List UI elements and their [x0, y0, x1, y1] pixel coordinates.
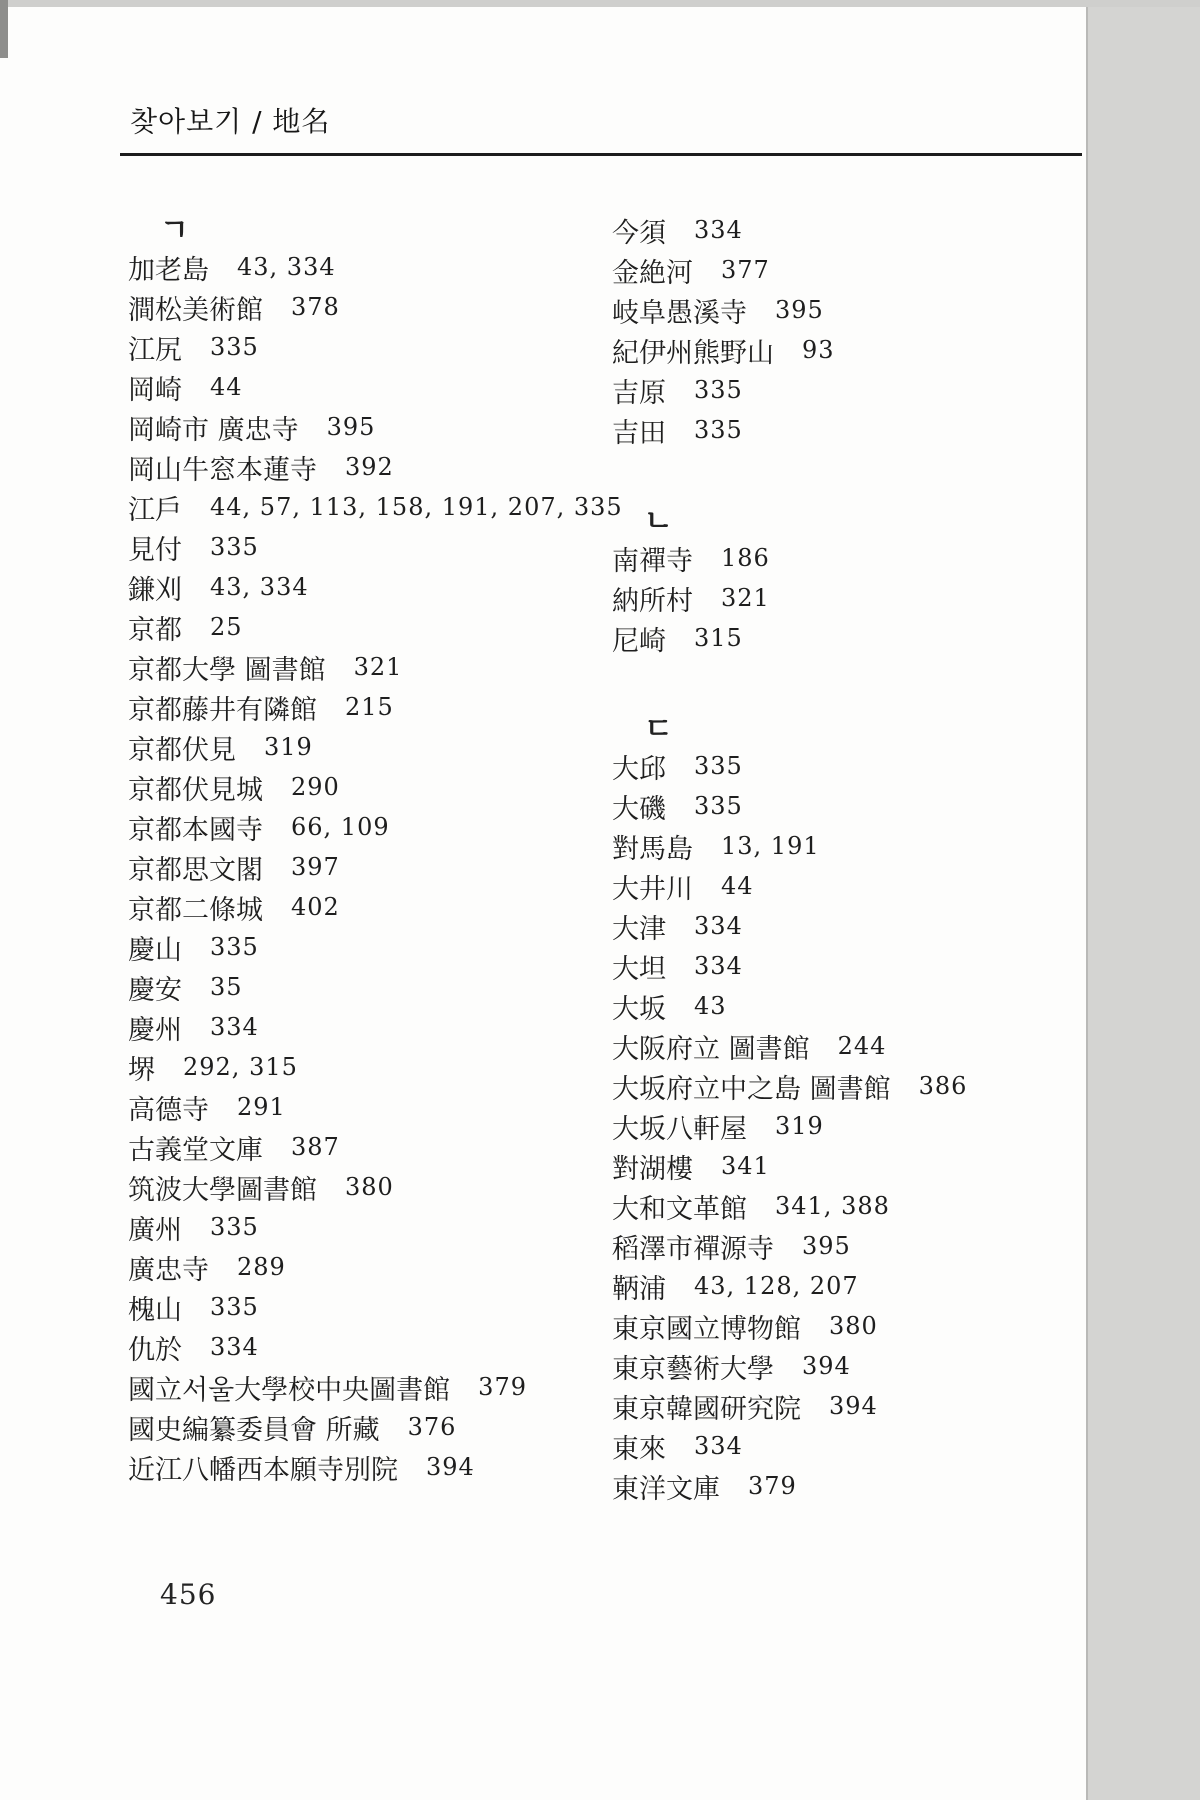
entry-page-numbers: 387 — [291, 1133, 340, 1161]
index-entry: 吉原335 — [612, 370, 1092, 410]
entry-term: 鞆浦 — [612, 1267, 666, 1306]
entry-term: 槐山 — [128, 1288, 182, 1327]
entry-term: 金絶河 — [612, 251, 693, 290]
index-entry: 大邱335 — [612, 746, 1092, 786]
entry-term: 國史編纂委員會 所藏 — [128, 1408, 380, 1447]
index-entry: 廣忠寺289 — [128, 1247, 608, 1287]
entry-term: 南禪寺 — [612, 539, 693, 578]
entry-term: 尼崎 — [612, 619, 666, 658]
entry-page-numbers: 395 — [327, 413, 376, 441]
entry-term: 大津 — [612, 907, 666, 946]
section-letter: ㄱ — [128, 205, 189, 249]
entry-page-numbers: 315 — [694, 624, 743, 652]
entry-term: 對馬島 — [612, 827, 693, 866]
entry-page-numbers: 43, 128, 207 — [694, 1272, 859, 1300]
section-letter-row: ㄷ — [612, 706, 1092, 746]
index-entry: 京都本國寺66, 109 — [128, 807, 608, 847]
index-entry: 大坂八軒屋319 — [612, 1106, 1092, 1146]
entry-page-numbers: 335 — [210, 533, 259, 561]
entry-term: 大和文革館 — [612, 1187, 747, 1226]
index-entry: 國史編纂委員會 所藏376 — [128, 1407, 608, 1447]
entry-term: 慶州 — [128, 1008, 182, 1047]
entry-term: 東京韓國研究院 — [612, 1387, 801, 1426]
entry-page-numbers: 379 — [748, 1472, 797, 1500]
index-entry: 對湖樓341 — [612, 1146, 1092, 1186]
entry-page-numbers: 335 — [210, 333, 259, 361]
index-entry: 京都伏見319 — [128, 727, 608, 767]
index-entry: 筑波大學圖書館380 — [128, 1167, 608, 1207]
entry-term: 澗松美術館 — [128, 288, 263, 327]
entry-page-numbers: 379 — [478, 1373, 527, 1401]
entry-page-numbers: 376 — [408, 1413, 457, 1441]
entry-page-numbers: 292, 315 — [183, 1053, 298, 1081]
entry-term: 古義堂文庫 — [128, 1128, 263, 1167]
entry-page-numbers: 394 — [829, 1392, 878, 1420]
index-entry: 古義堂文庫387 — [128, 1127, 608, 1167]
entry-page-numbers: 186 — [721, 544, 770, 572]
entry-term: 大坂 — [612, 987, 666, 1026]
entry-term: 大阪府立 圖書館 — [612, 1027, 810, 1066]
entry-page-numbers: 289 — [237, 1253, 286, 1281]
index-entry: 尼崎315 — [612, 618, 1092, 658]
index-entry: 國立서울大學校中央圖書館379 — [128, 1367, 608, 1407]
entry-page-numbers: 35 — [210, 973, 243, 1001]
entry-term: 納所村 — [612, 579, 693, 618]
entry-page-numbers: 335 — [694, 752, 743, 780]
entry-term: 吉田 — [612, 411, 666, 450]
entry-term: 岡崎市 廣忠寺 — [128, 408, 299, 447]
scan-edge-band — [1086, 0, 1200, 1800]
entry-term: 廣州 — [128, 1208, 182, 1247]
scan-corner-artifact — [0, 0, 8, 58]
entry-page-numbers: 43, 334 — [237, 253, 336, 281]
index-entry: 東京國立博物館380 — [612, 1306, 1092, 1346]
entry-term: 國立서울大學校中央圖書館 — [128, 1368, 450, 1407]
entry-term: 吉原 — [612, 371, 666, 410]
entry-page-numbers: 395 — [802, 1232, 851, 1260]
index-entry: 大坂府立中之島 圖書館386 — [612, 1066, 1092, 1106]
entry-term: 大磯 — [612, 787, 666, 826]
entry-page-numbers: 335 — [210, 933, 259, 961]
index-entry: 仇於334 — [128, 1327, 608, 1367]
section-letter-row: ㄴ — [612, 498, 1092, 538]
entry-term: 鎌刈 — [128, 568, 182, 607]
entry-page-numbers: 335 — [694, 376, 743, 404]
entry-page-numbers: 43, 334 — [210, 573, 309, 601]
entry-term: 江尻 — [128, 328, 182, 367]
entry-term: 京都伏見 — [128, 728, 236, 767]
index-entry: 鞆浦43, 128, 207 — [612, 1266, 1092, 1306]
entry-page-numbers: 215 — [345, 693, 394, 721]
index-entry: 東來334 — [612, 1426, 1092, 1466]
entry-term: 京都本國寺 — [128, 808, 263, 847]
entry-term: 筑波大學圖書館 — [128, 1168, 317, 1207]
entry-page-numbers: 244 — [838, 1032, 887, 1060]
index-entry: 南禪寺186 — [612, 538, 1092, 578]
entry-page-numbers: 25 — [210, 613, 243, 641]
entry-page-numbers: 319 — [775, 1112, 824, 1140]
entry-term: 岐阜愚溪寺 — [612, 291, 747, 330]
index-entry: 大井川44 — [612, 866, 1092, 906]
index-entry: 大坦334 — [612, 946, 1092, 986]
index-entry: 東京藝術大學394 — [612, 1346, 1092, 1386]
entry-page-numbers: 335 — [210, 1213, 259, 1241]
entry-page-numbers: 335 — [694, 416, 743, 444]
entry-page-numbers: 392 — [345, 453, 394, 481]
entry-page-numbers: 13, 191 — [721, 832, 820, 860]
entry-page-numbers: 402 — [291, 893, 340, 921]
entry-page-numbers: 93 — [802, 336, 835, 364]
entry-page-numbers: 335 — [210, 1293, 259, 1321]
entry-term: 仇於 — [128, 1328, 182, 1367]
index-entry: 大津334 — [612, 906, 1092, 946]
index-entry: 岡山牛窓本蓮寺392 — [128, 447, 608, 487]
entry-page-numbers: 43 — [694, 992, 727, 1020]
entry-term: 稻澤市禪源寺 — [612, 1227, 774, 1266]
entry-term: 東洋文庫 — [612, 1467, 720, 1506]
index-entry: 慶山335 — [128, 927, 608, 967]
index-entry: 京都伏見城290 — [128, 767, 608, 807]
entry-term: 紀伊州熊野山 — [612, 331, 774, 370]
index-entry: 東京韓國研究院394 — [612, 1386, 1092, 1426]
index-entry: 岐阜愚溪寺395 — [612, 290, 1092, 330]
entry-page-numbers: 378 — [291, 293, 340, 321]
header-divider — [120, 153, 1082, 156]
entry-term: 岡山牛窓本蓮寺 — [128, 448, 317, 487]
index-entry: 鎌刈43, 334 — [128, 567, 608, 607]
index-entry: 稻澤市禪源寺395 — [612, 1226, 1092, 1266]
entry-page-numbers: 334 — [694, 952, 743, 980]
entry-page-numbers: 334 — [210, 1013, 259, 1041]
entry-page-numbers: 377 — [721, 256, 770, 284]
index-entry: 吉田335 — [612, 410, 1092, 450]
entry-term: 大坦 — [612, 947, 666, 986]
entry-term: 京都 — [128, 608, 182, 647]
index-entry: 岡崎44 — [128, 367, 608, 407]
entry-term: 東京國立博物館 — [612, 1307, 801, 1346]
index-entry: 紀伊州熊野山93 — [612, 330, 1092, 370]
entry-page-numbers: 44, 57, 113, 158, 191, 207, 335 — [210, 493, 623, 521]
index-column-left: ㄱ加老島43, 334澗松美術館378江尻335岡崎44岡崎市 廣忠寺395岡山… — [128, 207, 608, 1487]
index-entry: 江戶44, 57, 113, 158, 191, 207, 335 — [128, 487, 608, 527]
entry-term: 近江八幡西本願寺別院 — [128, 1448, 398, 1487]
section-letter: ㄴ — [612, 496, 673, 540]
page-header-title: 찾아보기 / 地名 — [130, 100, 330, 140]
entry-page-numbers: 397 — [291, 853, 340, 881]
index-entry: 今須334 — [612, 210, 1092, 250]
entry-page-numbers: 394 — [802, 1352, 851, 1380]
page-number: 456 — [160, 1578, 216, 1611]
entry-term: 大坂府立中之島 圖書館 — [612, 1067, 891, 1106]
entry-term: 京都二條城 — [128, 888, 263, 927]
index-entry: 大磯335 — [612, 786, 1092, 826]
entry-term: 東京藝術大學 — [612, 1347, 774, 1386]
entry-page-numbers: 291 — [237, 1093, 286, 1121]
entry-page-numbers: 386 — [919, 1072, 968, 1100]
index-entry: 大阪府立 圖書館244 — [612, 1026, 1092, 1066]
entry-term: 大坂八軒屋 — [612, 1107, 747, 1146]
entry-page-numbers: 66, 109 — [291, 813, 390, 841]
entry-page-numbers: 341 — [721, 1152, 770, 1180]
entry-term: 慶山 — [128, 928, 182, 967]
section-letter: ㄷ — [612, 704, 673, 748]
section-letter-row: ㄱ — [128, 207, 608, 247]
entry-term: 大邱 — [612, 747, 666, 786]
entry-term: 今須 — [612, 211, 666, 250]
entry-term: 京都藤井有隣館 — [128, 688, 317, 727]
entry-term: 岡崎 — [128, 368, 182, 407]
entry-term: 京都伏見城 — [128, 768, 263, 807]
index-entry: 澗松美術館378 — [128, 287, 608, 327]
entry-term: 慶安 — [128, 968, 182, 1007]
entry-term: 見付 — [128, 528, 182, 567]
entry-term: 廣忠寺 — [128, 1248, 209, 1287]
entry-term: 高德寺 — [128, 1088, 209, 1127]
index-entry: 金絶河377 — [612, 250, 1092, 290]
entry-page-numbers: 395 — [775, 296, 824, 324]
index-entry: 槐山335 — [128, 1287, 608, 1327]
index-entry: 江尻335 — [128, 327, 608, 367]
index-entry: 加老島43, 334 — [128, 247, 608, 287]
entry-page-numbers: 321 — [721, 584, 770, 612]
entry-page-numbers: 321 — [354, 653, 403, 681]
index-entry: 京都25 — [128, 607, 608, 647]
entry-term: 加老島 — [128, 248, 209, 287]
entry-page-numbers: 341, 388 — [775, 1192, 890, 1220]
entry-term: 堺 — [128, 1048, 155, 1087]
index-entry: 慶州334 — [128, 1007, 608, 1047]
index-entry: 京都二條城402 — [128, 887, 608, 927]
entry-page-numbers: 334 — [694, 1432, 743, 1460]
scan-top-edge — [0, 0, 1200, 7]
index-entry: 慶安35 — [128, 967, 608, 1007]
index-entry: 岡崎市 廣忠寺395 — [128, 407, 608, 447]
entry-page-numbers: 334 — [694, 912, 743, 940]
index-entry: 堺292, 315 — [128, 1047, 608, 1087]
index-entry: 京都藤井有隣館215 — [128, 687, 608, 727]
entry-page-numbers: 44 — [210, 373, 243, 401]
index-entry: 對馬島13, 191 — [612, 826, 1092, 866]
index-entry: 納所村321 — [612, 578, 1092, 618]
entry-page-numbers: 394 — [426, 1453, 475, 1481]
entry-page-numbers: 334 — [210, 1333, 259, 1361]
index-entry: 廣州335 — [128, 1207, 608, 1247]
entry-term: 京都思文閣 — [128, 848, 263, 887]
entry-page-numbers: 380 — [345, 1173, 394, 1201]
index-entry: 高德寺291 — [128, 1087, 608, 1127]
index-entry: 京都思文閣397 — [128, 847, 608, 887]
entry-page-numbers: 334 — [694, 216, 743, 244]
entry-term: 東來 — [612, 1427, 666, 1466]
index-column-right: 今須334金絶河377岐阜愚溪寺395紀伊州熊野山93吉原335吉田335ㄴ南禪… — [612, 210, 1092, 1506]
entry-term: 江戶 — [128, 488, 182, 527]
index-entry: 東洋文庫379 — [612, 1466, 1092, 1506]
entry-page-numbers: 335 — [694, 792, 743, 820]
entry-term: 京都大學 圖書館 — [128, 648, 326, 687]
entry-page-numbers: 44 — [721, 872, 754, 900]
entry-page-numbers: 319 — [264, 733, 313, 761]
index-entry: 見付335 — [128, 527, 608, 567]
entry-term: 對湖樓 — [612, 1147, 693, 1186]
entry-page-numbers: 290 — [291, 773, 340, 801]
index-entry: 大坂43 — [612, 986, 1092, 1026]
index-entry: 大和文革館341, 388 — [612, 1186, 1092, 1226]
index-entry: 近江八幡西本願寺別院394 — [128, 1447, 608, 1487]
entry-term: 大井川 — [612, 867, 693, 906]
entry-page-numbers: 380 — [829, 1312, 878, 1340]
index-entry: 京都大學 圖書館321 — [128, 647, 608, 687]
